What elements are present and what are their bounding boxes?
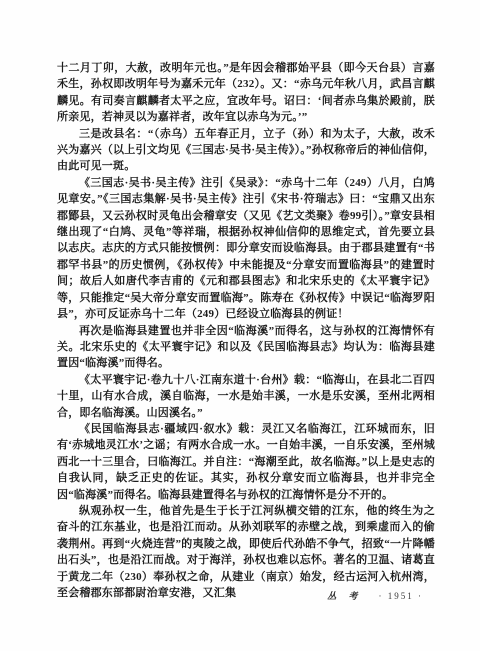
footer-book-title: 丛 考 [327,591,362,601]
book-page: 十二月丁卯，大赦，改明年元也。”是年因会稽郡始平县（即今天台县）言嘉禾生，孙权即… [0,0,480,651]
paragraph: 《太平寰宇记·卷九十八·江南东道十·台州》载：“临海山，在县北二百四十里，山有水… [57,372,435,421]
footer-page-number: · 1951 · [379,591,424,601]
paragraph: 《三国志·吴书·吴主传》注引《吴录》：“赤乌十二年（249）八月，白鸠见章安。”… [57,175,435,323]
paragraph: 再次是临海县建置也并非全因“临海溪”而得名，这与孙权的江海情怀有关。北宋乐史的《… [57,323,435,372]
paragraph: 《民国临海县志·疆域四·叙水》载：灵江又名临海江，江环城而东，旧有‘赤城地灵江水… [57,421,435,503]
paragraph: 十二月丁卯，大赦，改明年元也。”是年因会稽郡始平县（即今天台县）言嘉禾生，孙权即… [57,60,435,126]
paragraph: 纵观孙权一生，他首先是生于长于江河纵横交错的江东，他的终生为之奋斗的江东基业，也… [57,503,435,601]
page-footer: 丛 考· 1951 · [57,590,423,602]
text-block: 十二月丁卯，大赦，改明年元也。”是年因会稽郡始平县（即今天台县）言嘉禾生，孙权即… [57,60,435,601]
paragraph: 三是改县名：“（赤乌）五年春正月，立子（孙）和为太子，大赦，改禾兴为嘉兴（以上引… [57,126,435,175]
